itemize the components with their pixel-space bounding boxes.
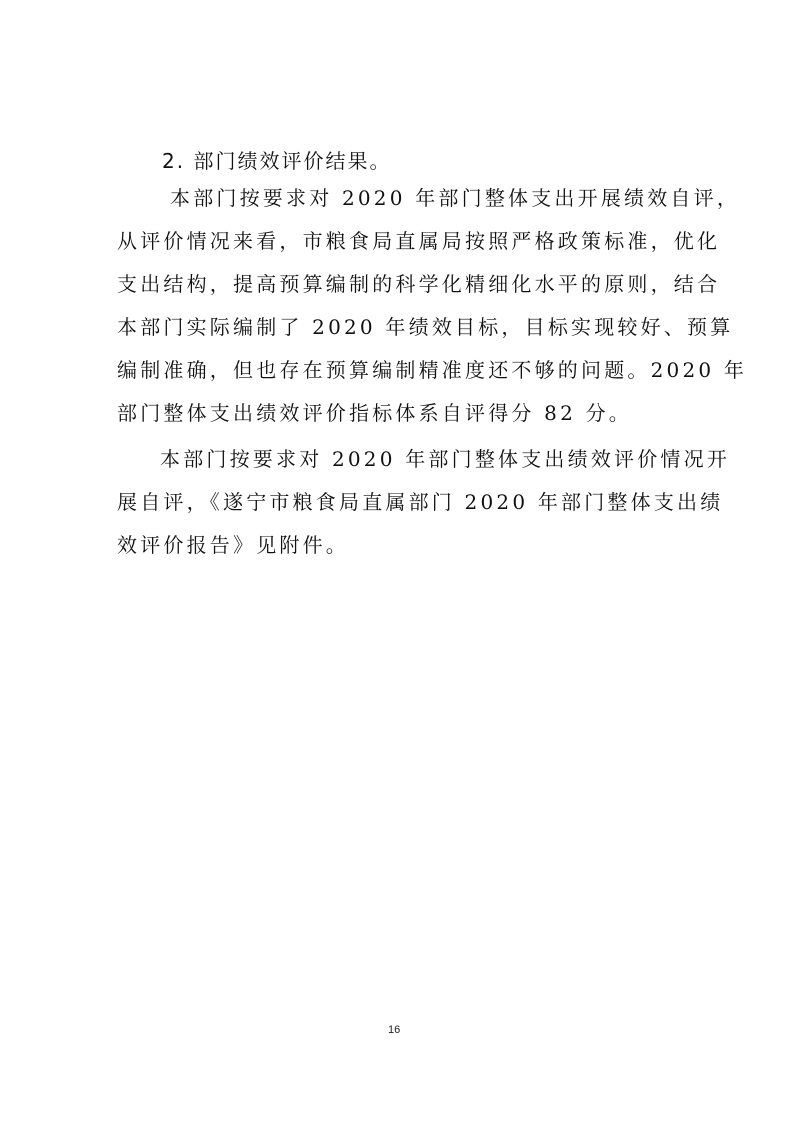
section-heading: 2. 部门绩效评价结果。 xyxy=(162,145,391,174)
paragraph-line: 本部门按要求对 2020 年部门整体支出绩效评价情况开 xyxy=(160,447,730,471)
paragraph-line: 效评价报告》见附件。 xyxy=(117,533,349,557)
paragraph-line: 编制准确，但也存在预算编制精准度还不够的问题。2020 年 xyxy=(117,358,747,382)
page-number: 16 xyxy=(388,1024,400,1036)
paragraph-line: 部门整体支出绩效评价指标体系自评得分 82 分。 xyxy=(117,401,632,425)
paragraph-line: 从评价情况来看，市粮食局直属局按照严格政策标准，优化 xyxy=(117,229,720,253)
paragraph-line: 支出结构，提高预算编制的科学化精细化水平的原则，结合 xyxy=(117,272,720,296)
document-page: 2. 部门绩效评价结果。 本部门按要求对 2020 年部门整体支出开展绩效自评，… xyxy=(0,0,793,1122)
paragraph-line: 本部门按要求对 2020 年部门整体支出开展绩效自评， xyxy=(170,186,740,210)
paragraph-line: 展自评，《遂宁市粮食局直属部门 2020 年部门整体支出绩 xyxy=(117,490,723,514)
paragraph-line: 本部门实际编制了 2020 年绩效目标，目标实现较好、预算 xyxy=(117,315,733,339)
